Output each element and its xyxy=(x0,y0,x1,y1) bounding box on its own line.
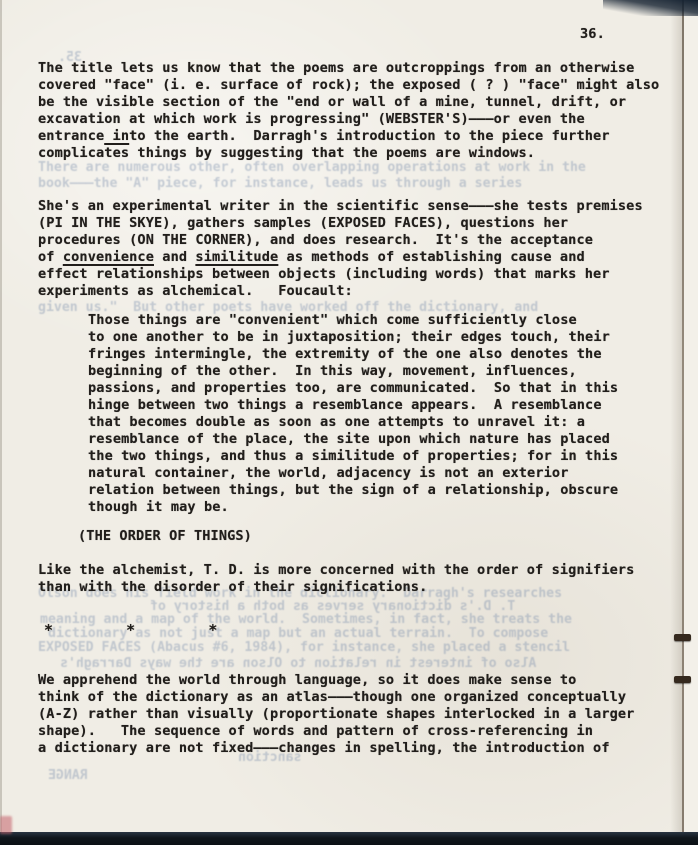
underlined-word-convenience: convenience xyxy=(63,249,154,265)
binding-crease-line xyxy=(682,0,684,845)
left-page-edge xyxy=(0,0,2,845)
staple xyxy=(674,676,691,683)
paragraph-title-outcroppings: The title lets us know that the poems ar… xyxy=(38,60,670,162)
underlined-word-similitude: similitude xyxy=(195,249,278,265)
foucault-blockquote: Those things are "convenient" which come… xyxy=(88,312,670,516)
ghost-text-line: RANGE xyxy=(48,768,88,784)
staple xyxy=(674,634,691,641)
paragraph-dictionary-atlas: We apprehend the world through language,… xyxy=(38,672,670,757)
pink-edge-smudge xyxy=(0,816,12,834)
quote-source-title: (THE ORDER OF THINGS) xyxy=(78,528,670,545)
paragraph-experimental-writer: She's an experimental writer in the scie… xyxy=(38,198,670,300)
scanner-edge-shadow-top xyxy=(603,0,698,16)
page-number: 36. xyxy=(580,26,605,43)
paragraph-2-text-mid: and xyxy=(154,249,195,265)
next-page-edge xyxy=(684,0,698,845)
scanner-edge-shadow-bottom xyxy=(0,832,698,845)
typewriter-correction-overline: tes xyxy=(104,145,129,161)
paragraph-1-text-end: things by suggesting that the poems are … xyxy=(129,145,535,161)
scanned-typewritten-page: 35. There are numerous other, often over… xyxy=(0,0,698,845)
binding-crease-shadow xyxy=(670,0,682,845)
asterisk-section-break: * * * xyxy=(44,622,670,639)
paragraph-alchemist: Like the alchemist, T. D. is more concer… xyxy=(38,562,670,596)
page-body: The title lets us know that the poems ar… xyxy=(38,60,670,757)
